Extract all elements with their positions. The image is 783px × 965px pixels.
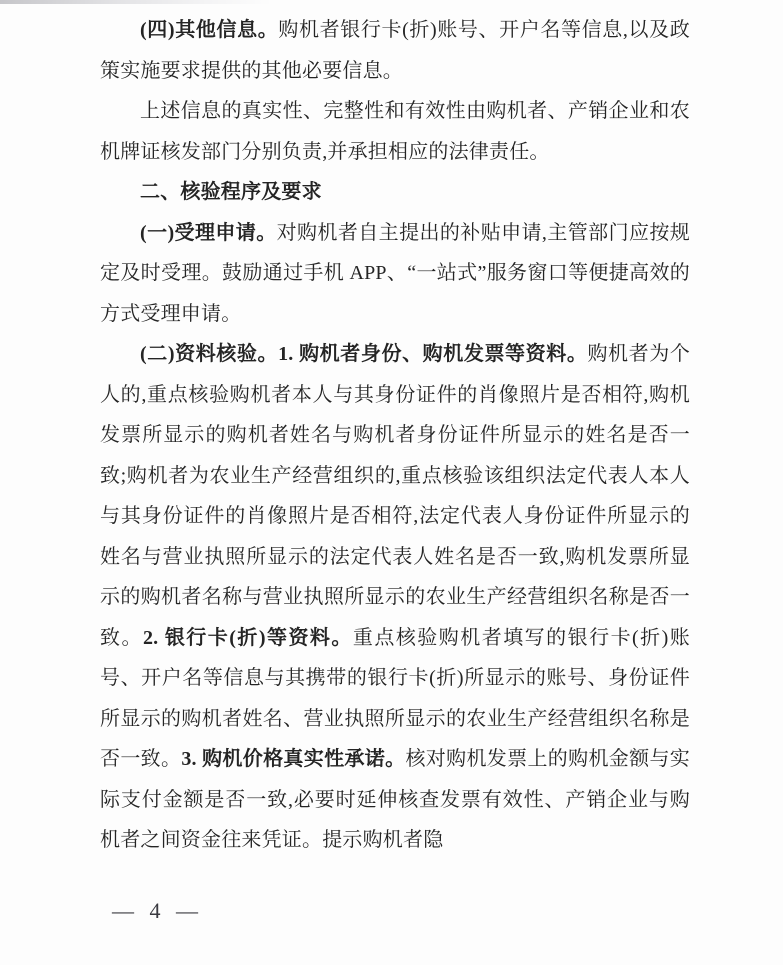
text-run-bold: 3. 购机价格真实性承诺。	[181, 748, 405, 770]
paragraph: (四)其他信息。购机者银行卡(折)账号、开户名等信息,以及政策实施要求提供的其他…	[100, 10, 690, 91]
text-run-bold: 2. 银行卡(折)等资料。	[143, 627, 353, 649]
paragraph: (一)受理申请。对购机者自主提出的补贴申请,主管部门应按规定及时受理。鼓励通过手…	[100, 213, 690, 335]
text-run: 上述信息的真实性、完整性和有效性由购机者、产销企业和农机牌证核发部门分别负责,并…	[100, 100, 690, 163]
paragraph: (二)资料核验。1. 购机者身份、购机发票等资料。购机者为个人的,重点核验购机者…	[100, 334, 690, 861]
text-run-bold: 二、核验程序及要求	[140, 181, 322, 203]
text-run-bold: (四)其他信息。	[140, 19, 278, 41]
text-run-bold: 1. 购机者身份、购机发票等资料。	[278, 343, 587, 365]
page-footer: — 4 —	[112, 893, 201, 929]
text-run-bold: (二)资料核验。	[140, 343, 278, 365]
document-body: (四)其他信息。购机者银行卡(折)账号、开户名等信息,以及政策实施要求提供的其他…	[100, 10, 690, 861]
page-number: — 4 —	[112, 898, 201, 924]
text-run-bold: (一)受理申请。	[140, 222, 277, 244]
paragraph: 上述信息的真实性、完整性和有效性由购机者、产销企业和农机牌证核发部门分别负责,并…	[100, 91, 690, 172]
text-run: 购机者为个人的,重点核验购机者本人与其身份证件的肖像照片是否相符,购机发票所显示…	[100, 343, 690, 649]
section-heading: 二、核验程序及要求	[100, 172, 690, 213]
scanned-document-page: (四)其他信息。购机者银行卡(折)账号、开户名等信息,以及政策实施要求提供的其他…	[0, 0, 783, 965]
scan-artifact-top-edge	[0, 0, 272, 4]
